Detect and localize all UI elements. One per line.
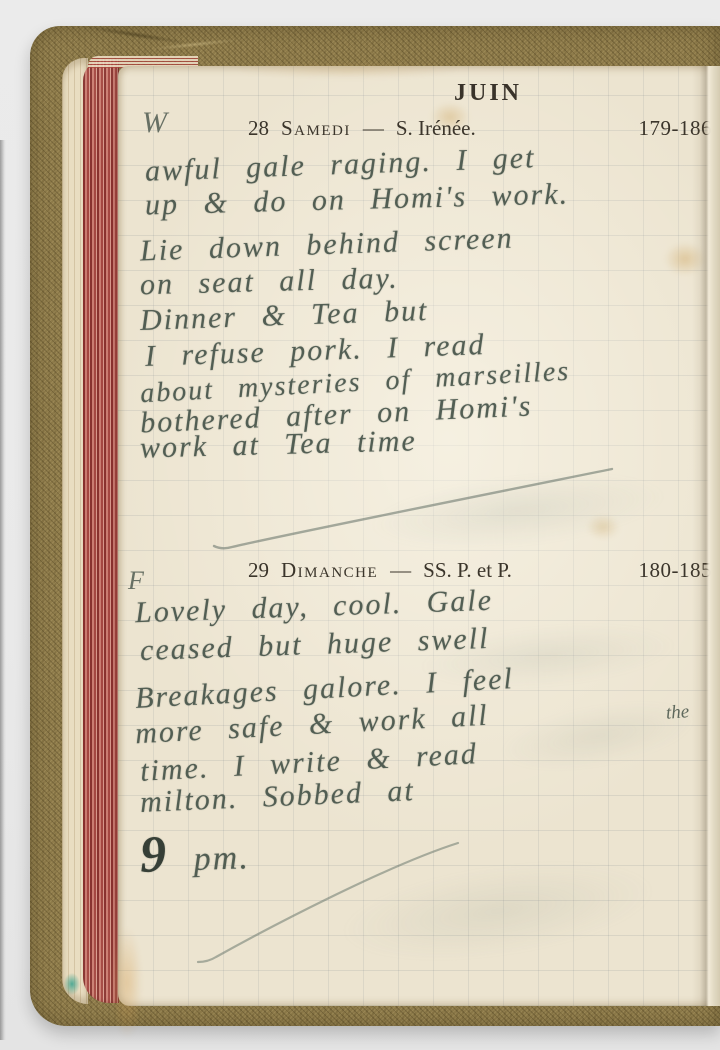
photo-of-diary: JUIN 28 Samedi — S. Irénée. 179-186 W aw… <box>0 0 720 1050</box>
red-stained-page-edges <box>83 59 119 1003</box>
margin-note-w: W <box>142 106 167 140</box>
teal-corner-mark <box>64 973 80 995</box>
page-gutter-shadow <box>692 66 720 1006</box>
entry-date: 28 <box>248 116 269 141</box>
entry-saint: SS. P. et P. <box>423 558 512 583</box>
handwritten-line: on seat all day. <box>140 264 399 301</box>
paper-stain <box>112 928 142 1038</box>
entry-header-28: 28 Samedi — S. Irénée. 179-186 <box>248 116 712 141</box>
entry-header-left: 29 Dimanche — SS. P. et P. <box>248 558 639 583</box>
month-header: JUIN <box>298 80 678 107</box>
cloth-wrinkle <box>82 23 192 46</box>
entry-header-left: 28 Samedi — S. Irénée. <box>248 116 639 141</box>
entry-dash: — <box>390 558 411 583</box>
handwritten-line: Dinner & Tea but <box>140 296 429 336</box>
backdrop-edge-shadow <box>0 140 6 1040</box>
handwritten-line: work at Tea time <box>140 426 417 463</box>
entry-header-29: 29 Dimanche — SS. P. et P. 180-185 <box>248 558 712 583</box>
diary-book-cover: JUIN 28 Samedi — S. Irénée. 179-186 W aw… <box>30 26 720 1026</box>
entry-dash: — <box>363 116 384 141</box>
ink-showthrough <box>333 844 662 978</box>
handwritten-line: Lovely day, cool. Gale <box>135 586 494 628</box>
entry-day: Samedi <box>281 116 351 141</box>
handwritten-superscript: the <box>665 701 690 725</box>
diary-page: JUIN 28 Samedi — S. Irénée. 179-186 W aw… <box>118 66 720 1006</box>
entry-date: 29 <box>248 558 269 583</box>
handwritten-line: 9 pm. <box>139 826 250 882</box>
paper-stain <box>238 62 458 78</box>
entry-day: Dimanche <box>281 558 378 583</box>
handwritten-line: Lie down behind screen <box>140 223 515 266</box>
entry-saint: S. Irénée. <box>396 116 476 141</box>
ink-showthrough <box>365 461 671 562</box>
margin-note-f: F <box>128 566 144 596</box>
